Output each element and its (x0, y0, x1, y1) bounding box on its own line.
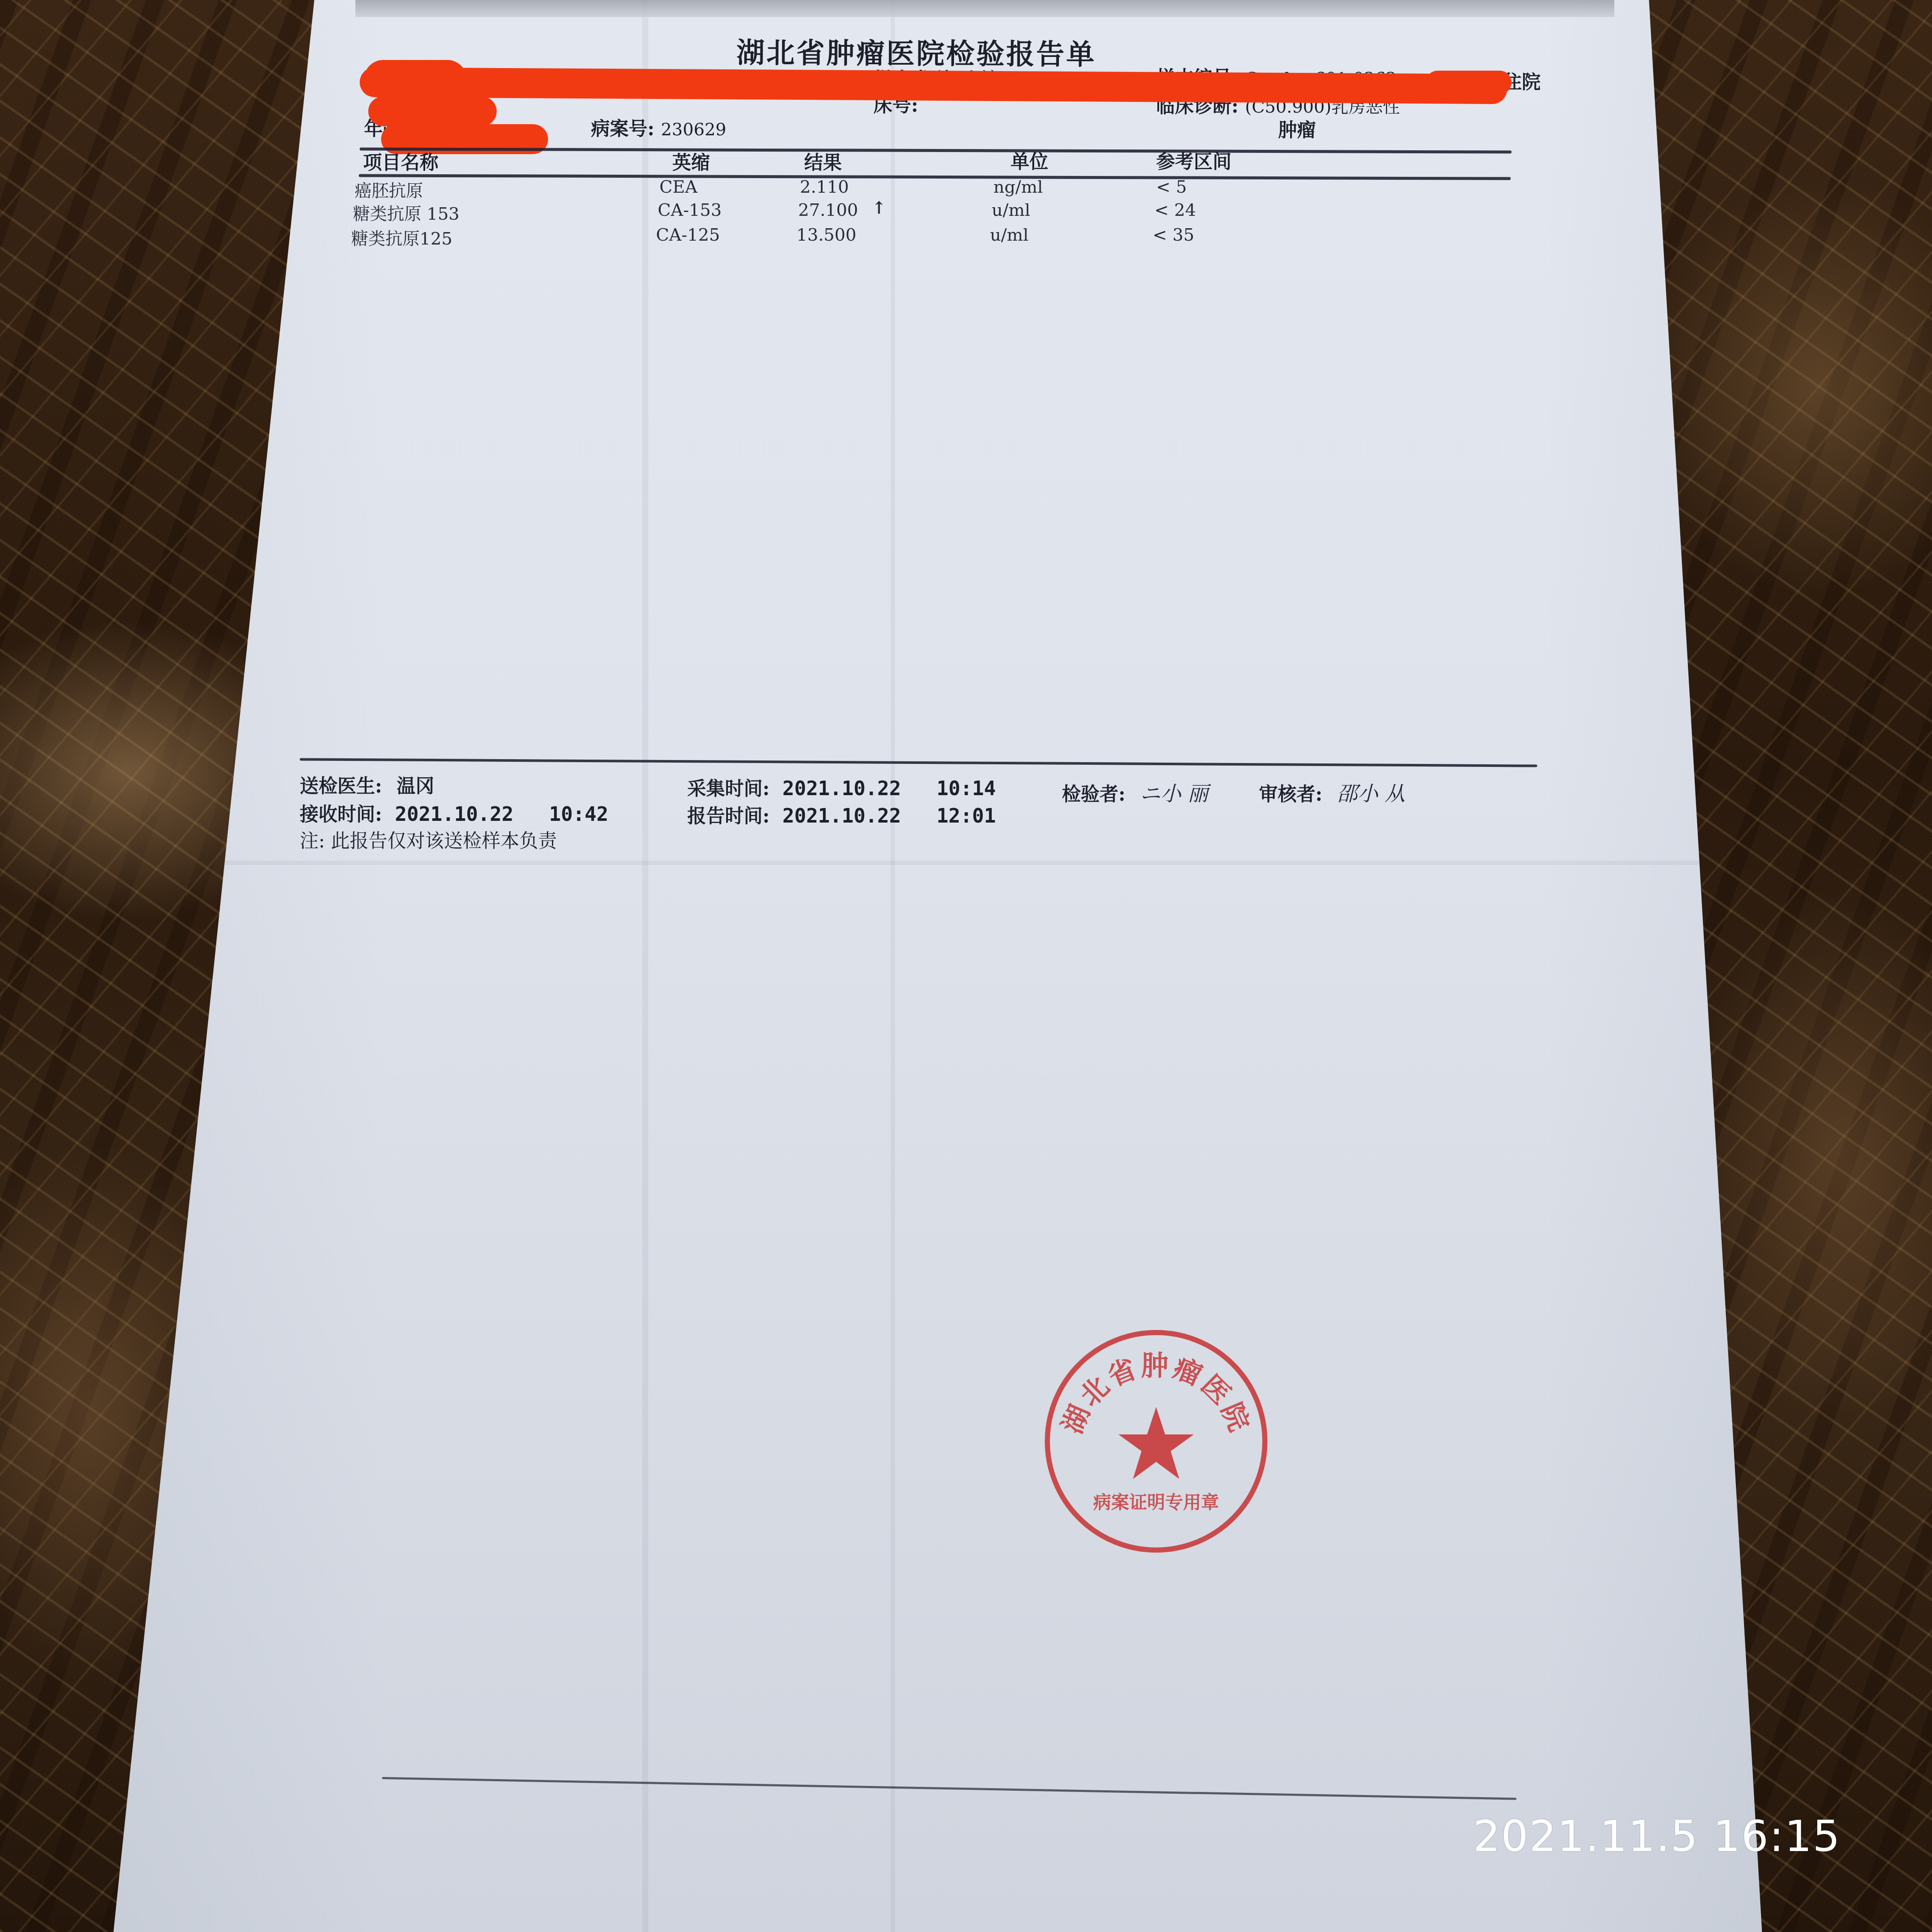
paper-fold (642, 0, 648, 1932)
cell-result: 27.100 (798, 200, 858, 220)
diagnosis-line2: 肿瘤 (1278, 115, 1316, 142)
cell-abbr: CA-153 (658, 200, 722, 220)
cell-unit: u/ml (992, 200, 1030, 220)
cell-name: 癌胚抗原 (355, 177, 423, 202)
paper-fold (891, 0, 895, 1932)
doctor-label: 送检医生: (300, 775, 382, 797)
cell-abbr: CEA (659, 177, 698, 197)
column-header-reference: 参考区间 (1156, 146, 1231, 174)
high-flag-arrow-icon: ↑ (872, 198, 886, 218)
case-no-value: 230629 (661, 120, 727, 140)
redaction-scribble (1426, 71, 1512, 94)
cell-result: 2.110 (800, 177, 849, 197)
photo-timestamp-watermark: 2021.11.5 16:15 (1473, 1811, 1841, 1861)
top-edge-shadow (355, 0, 1614, 17)
svg-text:病案证明专用章: 病案证明专用章 (1093, 1492, 1219, 1513)
collected-time: 采集时间: 2021.10.22 10:14 (687, 773, 996, 801)
tester-signature: ニ小 丽 (1140, 782, 1208, 806)
star-icon (1118, 1407, 1194, 1479)
report-note: 注: 此报告仅对该送检样本负责 (300, 826, 557, 853)
collected-label: 采集时间: (687, 778, 769, 800)
tester-label: 检验者: (1062, 784, 1125, 805)
cell-name: 糖类抗原 153 (353, 200, 459, 225)
redaction-scribble (364, 60, 467, 98)
cell-abbr: CA-125 (656, 225, 720, 245)
doctor-value: 温冈 (397, 775, 434, 797)
received-value: 2021.10.22 10:42 (395, 802, 608, 826)
column-header-result: 结果 (804, 147, 842, 175)
case-no-label: 病案号: (591, 118, 654, 140)
cell-name: 糖类抗原125 (351, 225, 452, 250)
paper-fold (0, 861, 1932, 865)
cell-reference: < 35 (1153, 225, 1194, 245)
column-header-unit: 单位 (1011, 146, 1048, 174)
collected-value: 2021.10.22 10:14 (782, 777, 996, 800)
report-paper (0, 0, 1932, 1932)
reported-label: 报告时间: (687, 805, 769, 827)
reported-value: 2021.10.22 12:01 (782, 804, 996, 827)
cell-result: 13.500 (796, 225, 856, 245)
hospital-seal-stamp: 湖北省肿瘤医院 病案证明专用章 (1045, 1330, 1267, 1553)
cell-reference: < 24 (1154, 200, 1196, 220)
case-number: 病案号: 230629 (591, 113, 726, 141)
cell-unit: u/ml (990, 225, 1029, 245)
reviewer-label: 审核者: (1259, 784, 1322, 805)
reviewer-signature: 邵小 从 (1337, 782, 1405, 806)
column-header-item-name: 项目名称 (363, 147, 438, 175)
reported-time: 报告时间: 2021.10.22 12:01 (687, 801, 996, 828)
tester: 检验者: ニ小 丽 (1062, 777, 1208, 807)
reviewer: 审核者: 邵小 从 (1259, 777, 1405, 807)
cell-unit: ng/ml (993, 177, 1043, 197)
received-label: 接收时间: (300, 804, 382, 826)
column-header-abbr: 英缩 (672, 147, 710, 175)
sending-doctor: 送检医生: 温冈 (300, 771, 434, 798)
cell-reference: < 5 (1156, 177, 1187, 197)
received-time: 接收时间: 2021.10.22 10:42 (300, 799, 608, 826)
redaction-scribble (428, 111, 488, 137)
